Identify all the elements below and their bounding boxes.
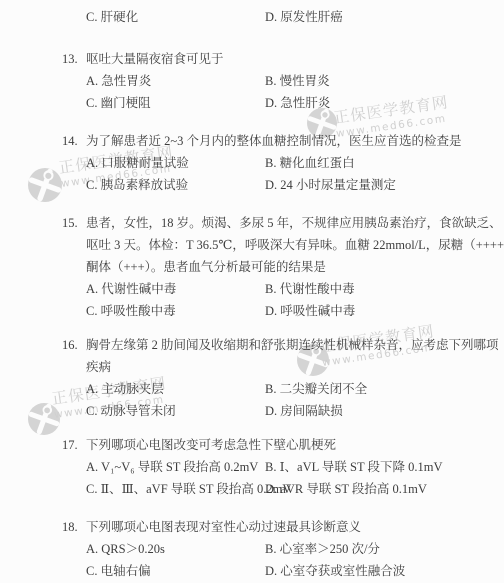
option-d: D. 房间隔缺损 (265, 400, 482, 422)
option-a: A. 口服糖耐量试验 (86, 152, 265, 174)
question-15: 15.患者，女性，18 岁。烦渴、多尿 5 年，不规律应用胰岛素治疗，食欲缺乏、… (62, 212, 482, 322)
stem-text: 呕吐 3 天。体检：T 36.5℃，呼吸深大有异味。血糖 22mmol/L，尿糖… (62, 234, 482, 256)
option-a: A. 主动脉夹层 (86, 378, 265, 400)
options-grid: A. V₁~V₆ 导联 ST 段抬高 0.2mV B. Ⅰ、aVL 导联 ST … (62, 456, 482, 500)
option-a: A. 代谢性碱中毒 (86, 278, 265, 300)
option-d: D. 呼吸性碱中毒 (265, 300, 482, 322)
option-a: A. 急性胃炎 (86, 70, 265, 92)
option-c: C. 胰岛素释放试验 (86, 174, 265, 196)
question-stem: 18.下列哪项心电图表现对室性心动过速最具诊断意义 (62, 516, 482, 538)
option-d: D. 急性肝炎 (265, 92, 482, 114)
question-number: 17. (62, 434, 86, 456)
question-stem: 17.下列哪项心电图改变可考虑急性下壁心肌梗死 (62, 434, 482, 456)
option-d: D. 24 小时尿量定量测定 (265, 174, 482, 196)
stem-text: 患者，女性，18 岁。烦渴、多尿 5 年，不规律应用胰岛素治疗，食欲缺乏、 (86, 216, 502, 230)
stem-text: 疾病 (62, 356, 482, 378)
options-grid: A. 主动脉夹层 B. 二尖瓣关闭不全 C. 动脉导管未闭 D. 房间隔缺损 (62, 378, 482, 422)
option-d: D. aVR 导联 ST 段抬高 0.1mV (265, 478, 482, 500)
stem-text: 下列哪项心电图改变可考虑急性下壁心肌梗死 (86, 438, 336, 452)
option-b: B. 代谢性酸中毒 (265, 278, 482, 300)
question-number: 15. (62, 212, 86, 234)
option-c: C. Ⅱ、Ⅲ、aVF 导联 ST 段抬高 0.2mV (86, 478, 265, 500)
question-stem: 14.为了解患者近 2~3 个月内的整体血糖控制情况，医生应首选的检查是 (62, 130, 482, 152)
stem-text: 酮体（+++）。患者血气分析最可能的结果是 (62, 256, 482, 278)
question-18: 18.下列哪项心电图表现对室性心动过速最具诊断意义 A. QRS＞0.20s B… (62, 516, 482, 582)
exam-content: C. 肝硬化 D. 原发性肝癌 13.呕吐大量隔夜宿食可见于 A. 急性胃炎 B… (0, 0, 482, 582)
exam-page: 正保医学教育网 www.med66.com 正保医学教育网 www.med66.… (0, 0, 504, 583)
option-b: B. 慢性胃炎 (265, 70, 482, 92)
option-b: B. 心室率＞250 次/分 (265, 538, 482, 560)
question-number: 13. (62, 48, 86, 70)
option-c: C. 幽门梗阻 (86, 92, 265, 114)
options-grid: A. 口服糖耐量试验 B. 糖化血红蛋白 C. 胰岛素释放试验 D. 24 小时… (62, 152, 482, 196)
question-stem: 15.患者，女性，18 岁。烦渴、多尿 5 年，不规律应用胰岛素治疗，食欲缺乏、 (62, 212, 482, 234)
options-grid: A. 急性胃炎 B. 慢性胃炎 C. 幽门梗阻 D. 急性肝炎 (62, 70, 482, 114)
question-16: 16.胸骨左缘第 2 肋间闻及收缩期和舒张期连续性机械样杂音，应考虑下列哪项 疾… (62, 334, 482, 422)
option-a: A. QRS＞0.20s (86, 538, 265, 560)
option-c: C. 动脉导管未闭 (86, 400, 265, 422)
question-13: 13.呕吐大量隔夜宿食可见于 A. 急性胃炎 B. 慢性胃炎 C. 幽门梗阻 D… (62, 48, 482, 114)
question-number: 16. (62, 334, 86, 356)
option-b: B. 糖化血红蛋白 (265, 152, 482, 174)
stem-text: 呕吐大量隔夜宿食可见于 (86, 52, 224, 66)
options-grid: A. 代谢性碱中毒 B. 代谢性酸中毒 C. 呼吸性酸中毒 D. 呼吸性碱中毒 (62, 278, 482, 322)
option-c: C. 肝硬化 (86, 6, 265, 28)
stem-text: 胸骨左缘第 2 肋间闻及收缩期和舒张期连续性机械样杂音，应考虑下列哪项 (86, 338, 499, 352)
question-number: 14. (62, 130, 86, 152)
question-stem: 13.呕吐大量隔夜宿食可见于 (62, 48, 482, 70)
question-14: 14.为了解患者近 2~3 个月内的整体血糖控制情况，医生应首选的检查是 A. … (62, 130, 482, 196)
stem-text: 下列哪项心电图表现对室性心动过速最具诊断意义 (86, 520, 361, 534)
option-c: C. 电轴右偏 (86, 560, 265, 582)
question-12-options: C. 肝硬化 D. 原发性肝癌 (62, 6, 482, 28)
options-grid: A. QRS＞0.20s B. 心室率＞250 次/分 C. 电轴右偏 D. 心… (62, 538, 482, 582)
question-stem: 16.胸骨左缘第 2 肋间闻及收缩期和舒张期连续性机械样杂音，应考虑下列哪项 (62, 334, 482, 356)
stem-text: 为了解患者近 2~3 个月内的整体血糖控制情况，医生应首选的检查是 (86, 134, 462, 148)
option-a: A. V₁~V₆ 导联 ST 段抬高 0.2mV (86, 456, 265, 478)
option-d: D. 心室夺获或室性融合波 (265, 560, 482, 582)
question-number: 18. (62, 516, 86, 538)
option-d: D. 原发性肝癌 (265, 6, 482, 28)
question-17: 17.下列哪项心电图改变可考虑急性下壁心肌梗死 A. V₁~V₆ 导联 ST 段… (62, 434, 482, 500)
option-c: C. 呼吸性酸中毒 (86, 300, 265, 322)
option-b: B. Ⅰ、aVL 导联 ST 段下降 0.1mV (265, 456, 482, 478)
option-b: B. 二尖瓣关闭不全 (265, 378, 482, 400)
